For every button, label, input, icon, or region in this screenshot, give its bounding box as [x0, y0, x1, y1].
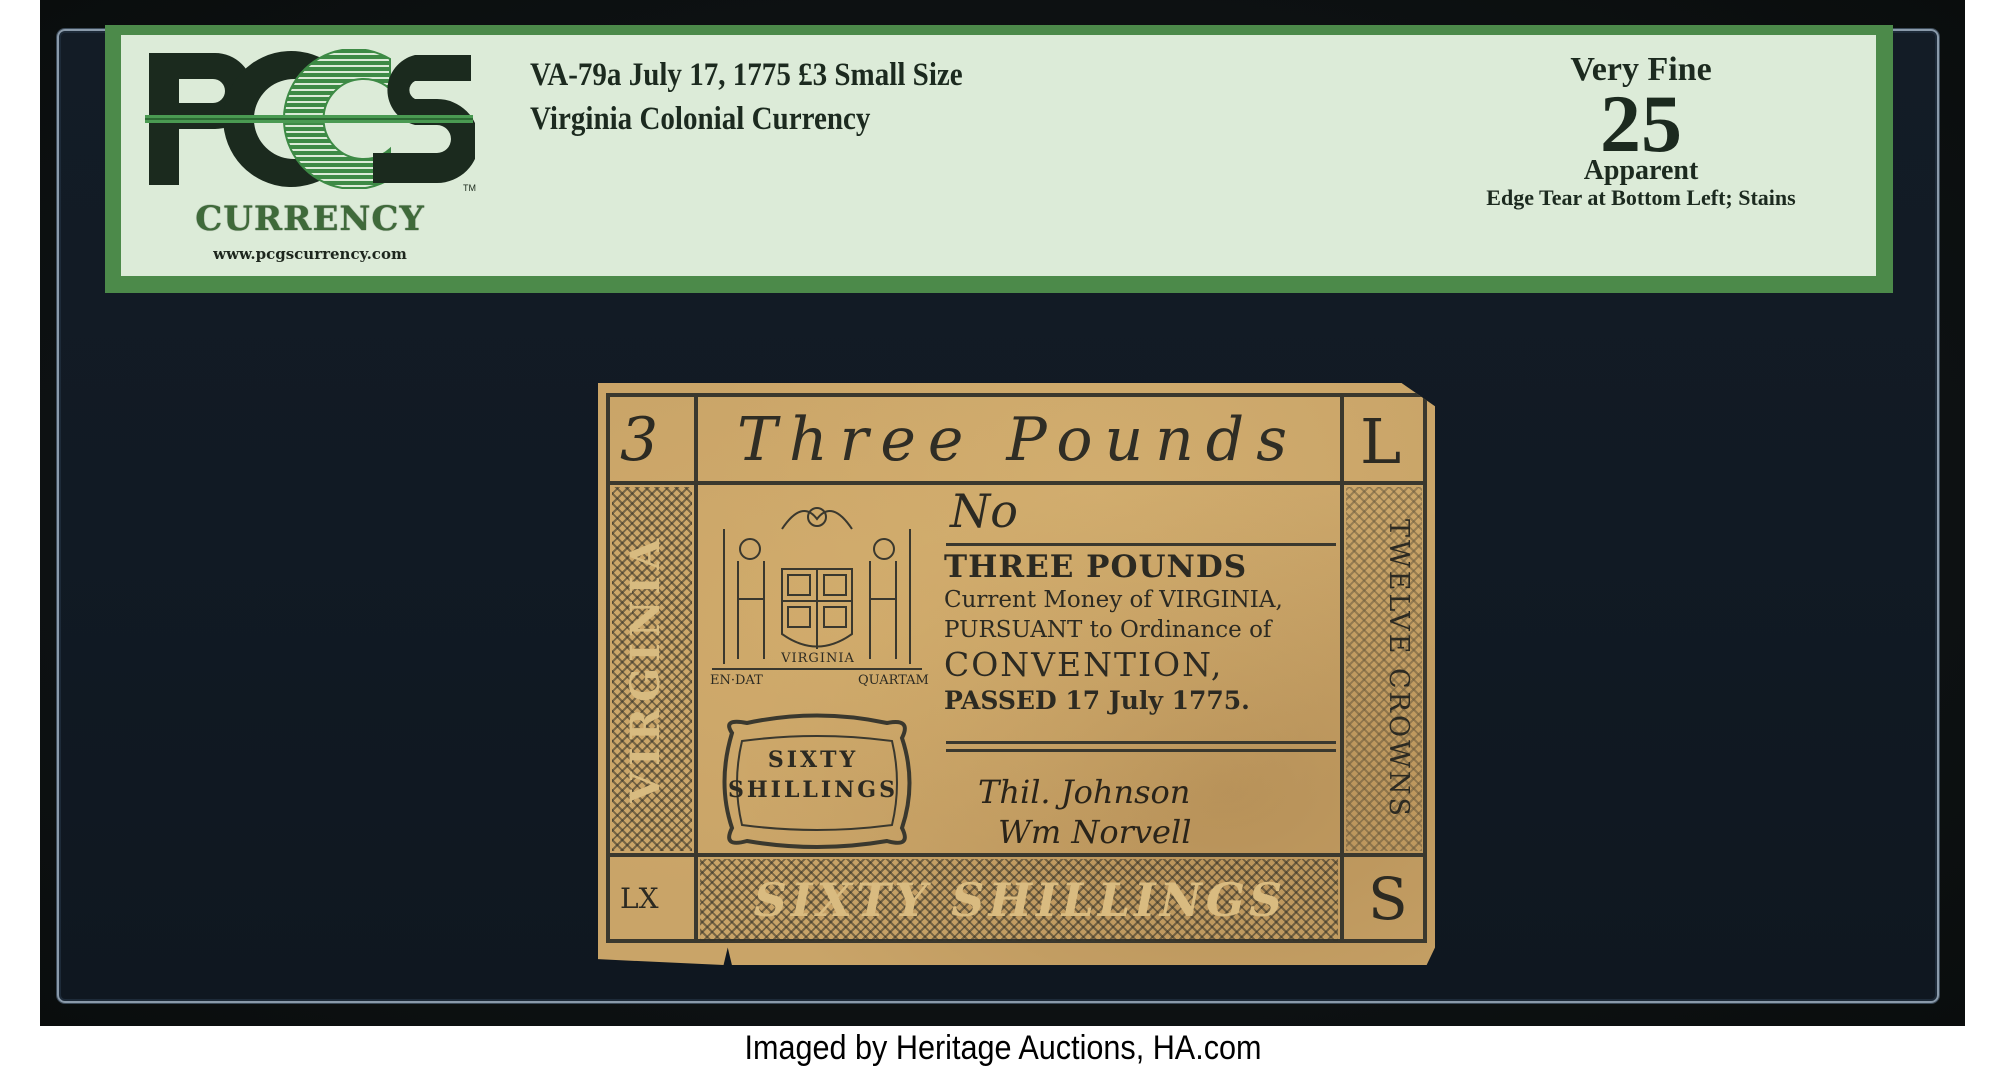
label-inner: TM CURRENCY www.pcgscurrency.com VA-79a … — [121, 35, 1876, 276]
banknote: 3 L LX S Three Pounds VIRGINIA TWELVE CR… — [598, 383, 1435, 965]
cartouche-line-2: SHILLINGS — [718, 775, 908, 805]
body-line-4: CONVENTION, — [944, 645, 1336, 685]
body-divider-bottom — [946, 749, 1336, 752]
corner-bottom-left-numeral: LX — [620, 879, 659, 919]
cartouche-text: SIXTY SHILLINGS — [718, 745, 908, 805]
grade-comments: Edge Tear at Bottom Left; Stains — [1451, 185, 1831, 211]
bottom-banner-divider — [606, 853, 1427, 857]
image-credit-caption: Imaged by Heritage Auctions, HA.com — [100, 1026, 1905, 1070]
cartouche-line-1: SIXTY — [718, 745, 908, 775]
right-border-divider — [1340, 481, 1344, 857]
body-line-1: THREE POUNDS — [944, 549, 1336, 585]
signature-1: Thil. Johnson — [978, 773, 1190, 811]
pcgs-logo: TM CURRENCY www.pcgscurrency.com — [145, 49, 485, 269]
note-title: VA-79a July 17, 1775 £3 Small Size Virgi… — [530, 53, 963, 141]
right-border-text: TWELVE CROWNS — [1354, 489, 1414, 849]
signature-2: Wm Norvell — [998, 813, 1191, 851]
trademark-mark: TM — [463, 183, 476, 193]
serial-underline — [946, 543, 1336, 546]
top-banner-text: Three Pounds — [708, 403, 1328, 477]
corner-bottom-right-letter: S — [1368, 867, 1408, 931]
seal-motto-right: QUARTAM — [858, 673, 929, 688]
grade-qualifier: Apparent — [1451, 157, 1831, 185]
top-left-corner-divider — [694, 393, 698, 481]
left-border-divider — [694, 481, 698, 857]
holder-label: TM CURRENCY www.pcgscurrency.com VA-79a … — [105, 25, 1893, 293]
bottom-banner-text: SIXTY SHILLINGS — [702, 863, 1338, 937]
body-divider-top — [946, 741, 1336, 744]
body-line-3: PURSUANT to Ordinance of — [944, 615, 1336, 645]
left-border-text: VIRGINIA — [622, 493, 682, 843]
pcgs-logo-letters-icon — [145, 49, 475, 189]
top-right-corner-divider — [1340, 393, 1344, 481]
body-line-2: Current Money of VIRGINIA, — [944, 585, 1336, 615]
title-line-catalog: VA-79a July 17, 1775 £3 Small Size — [530, 53, 963, 97]
corner-top-left-numeral: 3 — [620, 405, 658, 475]
body-line-5: PASSED 17 July 1775. — [944, 685, 1336, 717]
bottom-right-corner-divider — [1340, 853, 1344, 943]
seal-ribbon-text: VIRGINIA — [778, 651, 858, 666]
logo-subtitle: CURRENCY — [145, 199, 475, 239]
serial-label: No — [950, 483, 1018, 539]
title-line-series: Virginia Colonial Currency — [530, 97, 963, 141]
seal-motto-left: EN·DAT — [710, 673, 763, 688]
corner-top-right-letter: L — [1360, 409, 1401, 475]
bottom-left-corner-divider — [694, 853, 698, 943]
note-body-text: THREE POUNDS Current Money of VIRGINIA, … — [944, 549, 1336, 717]
grade-block: Very Fine 25 Apparent Edge Tear at Botto… — [1451, 51, 1831, 211]
grade-number: 25 — [1451, 91, 1831, 157]
brand-url: www.pcgscurrency.com — [145, 245, 475, 263]
